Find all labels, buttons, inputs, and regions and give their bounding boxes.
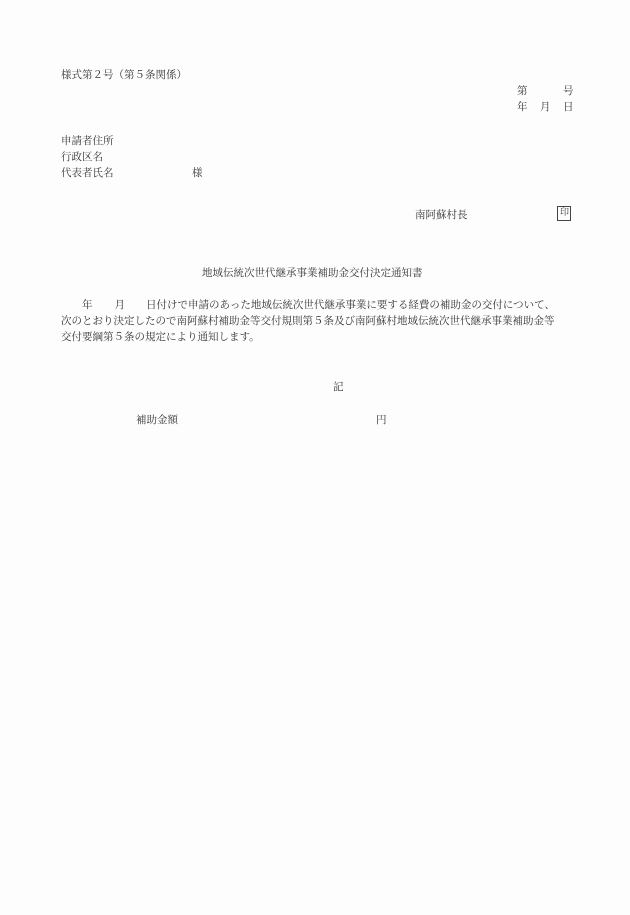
date-year-label: 年	[517, 100, 528, 114]
ki-heading: 記	[333, 380, 344, 394]
applicant-address-label: 申請者住所	[61, 134, 114, 148]
date-month-label: 月	[540, 100, 551, 114]
body-line-1-text: 日付けで申請のあった地域伝統次世代継承事業に要する経費の補助金の交付について、	[146, 299, 555, 311]
honorific: 様	[192, 166, 203, 180]
document-title: 地域伝統次世代継承事業補助金交付決定通知書	[202, 266, 423, 280]
reference-number-prefix: 第	[517, 84, 528, 98]
seal-icon: 印	[557, 206, 571, 221]
reference-number-suffix: 号	[563, 84, 574, 98]
date-day-label: 日	[563, 100, 574, 114]
notice-body: 年月日付けで申請のあった地域伝統次世代継承事業に要する経費の補助金の交付について…	[61, 297, 576, 345]
applicant-representative-label: 代表者氏名	[61, 166, 114, 180]
body-line-1: 年月日付けで申請のあった地域伝統次世代継承事業に要する経費の補助金の交付について…	[61, 297, 576, 313]
subsidy-amount-label: 補助金額	[136, 413, 178, 427]
applicant-district-label: 行政区名	[61, 150, 103, 164]
subsidy-amount-unit: 円	[376, 413, 387, 427]
body-year: 年	[82, 299, 93, 311]
form-number: 様式第２号（第５条関係）	[61, 68, 187, 82]
body-line-3: 交付要綱第５条の規定により通知します。	[61, 329, 576, 345]
issuer-name: 南阿蘇村長	[415, 208, 468, 222]
body-line-2: 次のとおり決定したので南阿蘇村補助金等交付規則第５条及び南阿蘇村地域伝統次世代継…	[61, 313, 576, 329]
body-month: 月	[115, 299, 126, 311]
